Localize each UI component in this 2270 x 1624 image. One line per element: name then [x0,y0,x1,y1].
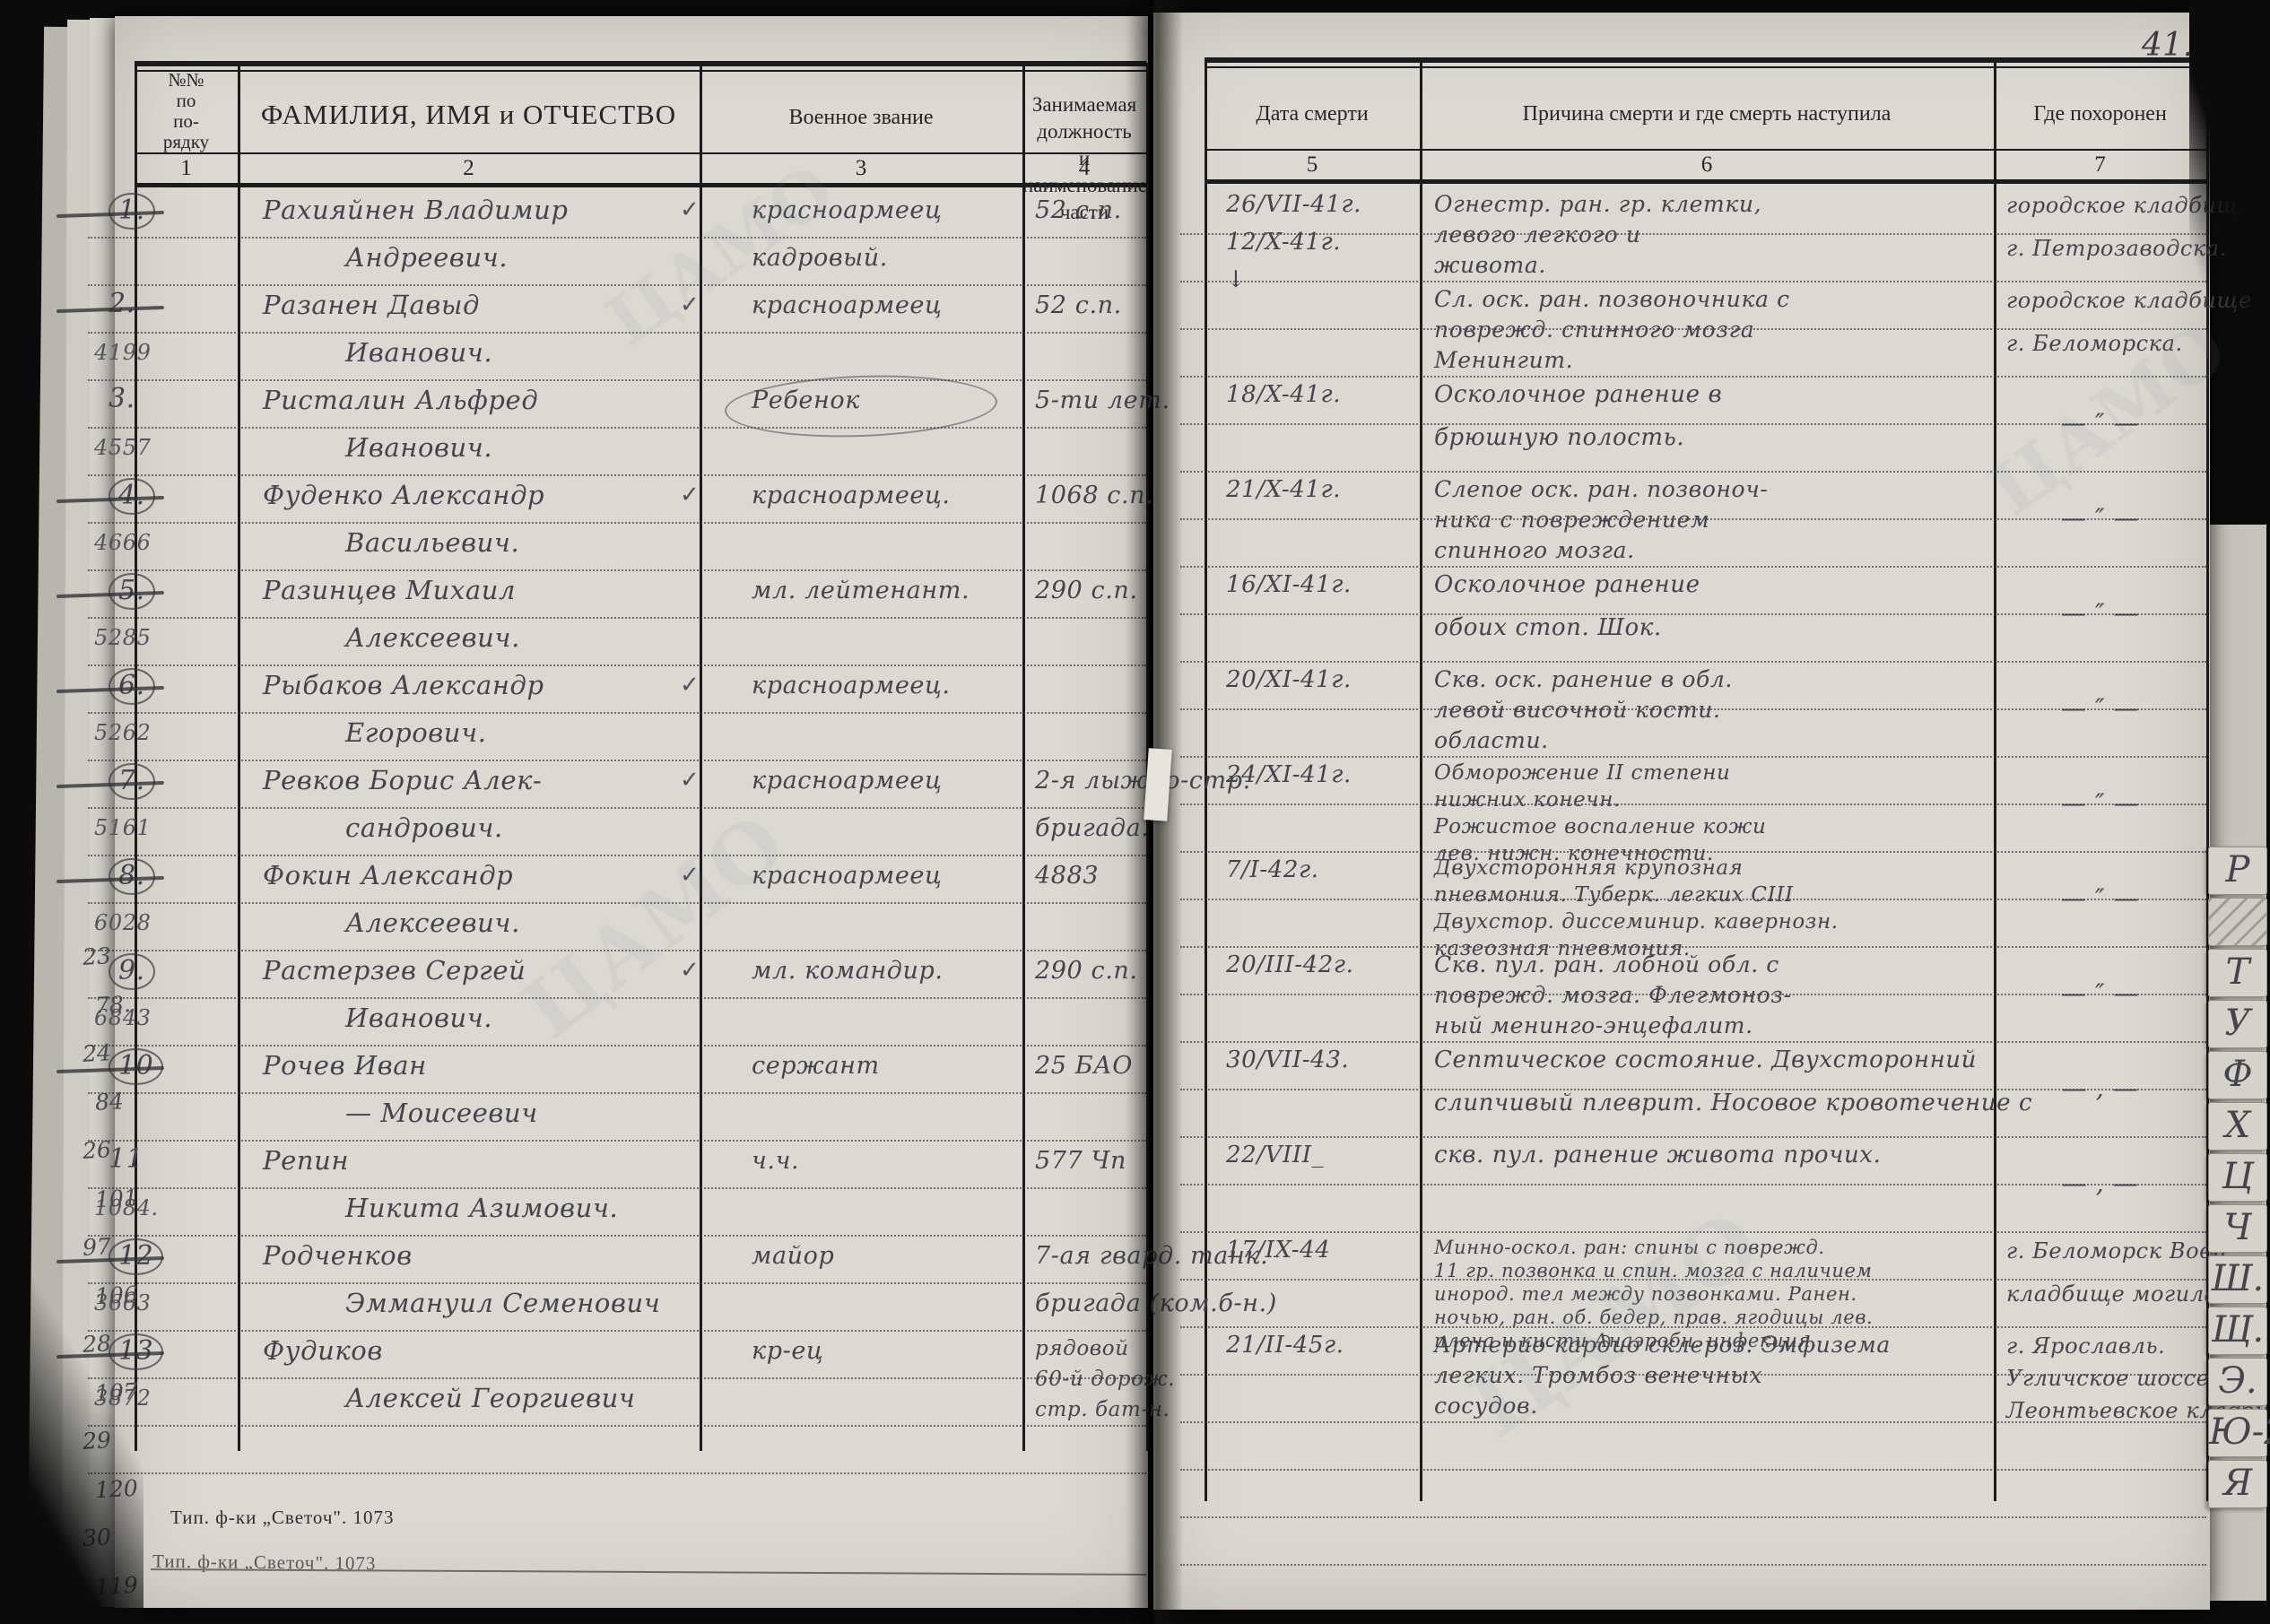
register-row: 133872ФудиковАлексей Георгиевичкр-ецрядо… [115,1332,1146,1427]
row-rule [88,1092,1146,1094]
column-header: ФАМИЛИЯ, ИМЯ и ОТЧЕСТВО [238,99,700,131]
death-date: 20/III-42г. [1226,951,1354,978]
burial-ditto-mark: — ″ — [1994,883,2206,913]
cause-line: скв. пул. ранение живота прочих. [1434,1142,1881,1168]
row-rule [88,1472,1146,1474]
alpha-tab: Ш. [2208,1255,2267,1304]
alpha-tab [2208,898,2267,946]
register-row: 10Рочев Иван— Моисеевичсержант25 БАО [115,1046,1146,1142]
register-row: 4.4666Фуденко АлександрВасильевич.✓красн… [115,476,1146,571]
death-date: 16/XI-41г. [1226,571,1352,598]
margin-number: 101 [94,1185,138,1212]
death-date: 20/XI-41г. [1226,666,1352,693]
death-date: 17/IX-44 [1226,1237,1330,1264]
margin-number: 107 [94,1378,138,1406]
column-number: 6 [1420,152,1994,178]
empty-row [1153,1423,2206,1518]
register-row-right: 16/XI-41г.Осколочное ранениеобоих стоп. … [1153,568,2206,663]
burial-line: Угличское шоссе [2006,1366,2209,1391]
register-row-right: 22/VIII_скв. пул. ранение живота прочих.… [1153,1138,2206,1233]
column-number: 7 [1994,152,2206,178]
alpha-tab: Ц [2208,1153,2267,1202]
name-line: Алексей Георгиевич [345,1383,636,1413]
header-mid-rule [1205,149,2206,151]
register-row: 6.5262Рыбаков АлександрЕгорович.✓красноа… [115,666,1146,761]
cause-line: Двухсторонняя крупозная [1434,856,1743,880]
alpha-tab: Ю-2 [2208,1409,2267,1457]
name-line: Иванович. [345,1003,492,1033]
unit-line: рядовой [1035,1337,1129,1360]
register-row-right: 7/I-42г.Двухсторонняя крупознаяпневмония… [1153,853,2206,948]
row-rule [88,522,1146,524]
register-row: 8.6028Фокин АлександрАлексеевич.✓красноа… [115,856,1146,951]
death-date: 24/XI-41г. [1226,761,1352,788]
name-line: Васильевич. [345,527,519,558]
register-page-left: №№ по по- рядку1ФАМИЛИЯ, ИМЯ и ОТЧЕСТВО2… [115,16,1148,1608]
row-rule [88,1377,1146,1379]
alpha-tab: Я [2208,1460,2267,1508]
entry-reg-number: 4199 [94,340,151,365]
column-header: Причина смерти и где смерть наступила [1420,102,1994,126]
register-row: 2.4199Разанен ДавыдИванович.✓красноармее… [115,286,1146,381]
burial-ditto-mark: — , — [1994,1168,2206,1198]
cause-line: Менингит. [1434,347,1573,373]
alpha-tab-letter: Ю-2 [2209,1411,2266,1453]
alpha-tab-letter: Т [2209,951,2266,993]
alpha-tab-letter: Ч [2209,1207,2266,1248]
column-header: Где похоронен [1994,102,2206,126]
cause-line: левой височной кости. [1434,697,1721,723]
margin-number: 78. [94,991,131,1019]
name-line: Никита Азимович. [345,1193,618,1223]
cause-line: обоих стоп. Шок. [1434,614,1662,641]
alpha-tab-letter: Ш. [2209,1258,2266,1299]
header-bottom-rule [1205,179,2206,184]
name-line: Рыбаков Александр [263,670,544,700]
cause-line: Осколочное ранение в [1434,381,1722,408]
alpha-tab-letter: У [2209,1003,2266,1044]
alpha-tab: Э. [2208,1358,2267,1406]
entry-reg-number: 6028 [94,910,151,935]
cause-line: поврежд. спинного мозга [1434,317,1754,343]
unit-line: 4883 [1035,862,1099,890]
register-row-right: 30/VII-43.Септическое состояние. Двухсто… [1153,1043,2206,1138]
rank-ellipse-annotation [724,371,998,442]
alpha-tab-letter: Р [2209,849,2266,890]
row-rule [88,807,1146,809]
name-line: Репин [263,1145,349,1176]
cause-line: спинного мозга. [1434,537,1635,563]
alpha-tab-letter: Ц [2209,1156,2266,1197]
unit-line: 52 с.п. [1035,291,1122,319]
row-rule [88,237,1146,239]
register-row: 5.5285Разинцев МихаилАлексеевич.мл. лейт… [115,571,1146,666]
entry-number: 11 [109,1143,144,1175]
burial-ditto-mark: — ″ — [1994,788,2206,818]
row-rule [88,712,1146,714]
cause-line: брюшную полость. [1434,424,1684,451]
register-row: 123663РодченковЭммануил Семеновичмайор7-… [115,1237,1146,1332]
name-line: Разинцев Михаил [263,575,516,605]
register-page-right: Дата смерти5Причина смерти и где смерть … [1153,13,2210,1610]
register-row: 9.6843Растерзев СергейИванович.✓мл. кома… [115,951,1146,1046]
row-rule [88,997,1146,999]
burial-ditto-mark: — , — [1994,1073,2206,1103]
name-line: сандрович. [345,812,503,843]
cause-line: 11 гр. позвонка и спин. мозга с наличием [1434,1260,1872,1281]
column-number: 2 [238,156,700,181]
margin-number: 84 [94,1088,124,1116]
name-line: Рахияйнен Владимир [263,195,569,225]
alpha-tab: Т [2208,949,2267,997]
alpha-tab: Х [2208,1102,2267,1151]
name-line: Разанен Давыд [263,290,480,320]
name-line: Фуденко Александр [263,480,544,510]
check-icon: ✓ [680,196,700,223]
burial-line: городское кладбище [2006,288,2252,313]
entry-reg-number: 5285 [94,625,151,650]
register-row-right: 20/XI-41г.Скв. оск. ранение в обл.левой … [1153,663,2206,758]
cause-line: области. [1434,727,1549,753]
alpha-tab-letter: Х [2209,1105,2266,1146]
cause-line: ночью, ран. об. бедер, прав. ягодицы лев… [1434,1307,1873,1328]
register-row-right: 26/VII-41г.12/X-41г.↓Огнестр. ран. гр. к… [1153,187,2206,282]
row-rule [1180,1469,2206,1471]
page-number: 41. [2142,27,2193,64]
table-top-rule [1205,57,2206,63]
cause-line: пневмония. Туберк. легких СIII [1434,883,1794,907]
footer-imprint: Тип. ф-ки „Светоч". 1073 [170,1507,395,1529]
header-mid-rule [135,152,1146,154]
register-row-right: Сл. оск. ран. позвоночника споврежд. спи… [1153,282,2206,378]
death-date: 7/I-42г. [1226,856,1319,883]
margin-number: 97 [82,1233,111,1261]
cause-line: Скв. оск. ранение в обл. [1434,666,1733,692]
register-row: 111084.РепинНикита Азимович.ч.ч.577 Чп [115,1142,1146,1237]
unit-line: 290 с.п. [1035,957,1138,985]
cause-line: инород. тел между позвонками. Ранен. [1434,1283,1857,1305]
register-row: 7.5161Ревков Борис Алек-сандрович.✓красн… [115,761,1146,856]
alpha-tab: Ф [2208,1051,2267,1099]
cause-line: ный менинго-энцефалит. [1434,1012,1753,1038]
rank-line: красноармеец [752,862,942,890]
rank-line: ч.ч. [752,1147,799,1175]
alpha-tab-letter: Я [2209,1463,2266,1504]
column-header: Дата смерти [1205,102,1420,126]
entry-number: 9. [109,953,155,990]
name-line: Ревков Борис Алек- [263,765,542,795]
cause-line: Артерио-кардио склероз. Эмфизема [1434,1332,1891,1358]
table-top-rule-2 [1205,66,2206,68]
row-rule [88,1282,1146,1284]
register-row-right: 18/X-41г.Осколочное ранение вбрюшную пол… [1153,378,2206,473]
cause-line: слипчивый плеврит. Носовое кровотечение … [1434,1090,2032,1116]
death-date: 21/X-41г. [1226,476,1341,503]
rank-line: мл. лейтенант. [752,577,970,604]
death-date: 26/VII-41г. [1226,191,1361,218]
alpha-tab: Ч [2208,1204,2267,1253]
row-rule [1180,1564,2206,1566]
check-icon: ✓ [680,482,700,508]
margin-number: 29 [82,1427,111,1455]
table-top-rule-2 [135,70,1146,72]
cause-line: легких. Тромбоз венечных [1434,1362,1762,1388]
column-header: Военное звание [700,106,1022,130]
unit-line: 577 Чп [1035,1147,1126,1175]
rank-line: красноармеец. [752,672,951,699]
column-header: №№ по по- рядку [135,70,238,152]
burial-line: г. Беломорск Воен. [2006,1238,2235,1264]
cause-line: Сл. оск. ран. позвоночника с [1434,286,1790,312]
cause-line: Септическое состояние. Двухсторонний [1434,1046,1977,1073]
burial-ditto-mark: — ″ — [1994,408,2206,438]
burial-line: городское кладбище [2006,193,2252,218]
name-line: Родченков [263,1240,413,1271]
rank-line: красноармеец [752,291,942,319]
cause-line: Осколочное ранение [1434,571,1700,598]
entry-reg-number: 4666 [94,530,151,555]
rank-line: красноармеец [752,196,942,224]
unit-line: 25 БАО [1035,1052,1133,1080]
cause-line: нижних конечн. [1434,788,1621,812]
margin-number: 119 [94,1572,138,1600]
register-row-right: 21/II-45г.Артерио-кардио склероз. Эмфизе… [1153,1328,2206,1423]
cause-line: живота. [1434,252,1546,278]
register-row-right: 17/IX-44Минно-оскол. ран: спины с повреж… [1153,1233,2206,1328]
cause-line: Минно-оскол. ран: спины с поврежд. [1434,1237,1825,1258]
death-date: 21/II-45г. [1226,1332,1344,1359]
cause-line: поврежд. мозга. Флегмоноз- [1434,982,1792,1008]
burial-line: г. Петрозаводска. [2006,236,2227,261]
header-bottom-rule [135,183,1146,187]
cause-line: сосудов. [1434,1393,1538,1419]
alpha-tab: Щ. [2208,1307,2267,1355]
burial-ditto-mark: — ″ — [1994,978,2206,1008]
burial-ditto-mark: — ″ — [1994,598,2206,628]
check-icon: ✓ [680,862,700,889]
row-rule [88,1425,1146,1427]
row-rule [88,427,1146,429]
name-line: Иванович. [345,337,492,368]
entry-number: 2. [109,288,135,319]
alpha-tab-letter: Щ. [2209,1309,2266,1350]
row-rule [88,617,1146,619]
entry-reg-number: 4557 [94,435,151,460]
name-line: Фокин Александр [263,860,513,890]
cause-line: левого легкого и [1434,221,1641,248]
cause-line: Огнестр. ран. гр. клетки, [1434,191,1761,217]
check-icon: ✓ [680,767,700,794]
check-icon: ✓ [680,291,700,318]
alpha-tab: Р [2208,847,2267,895]
rank-line: сержант [752,1052,880,1080]
rank-line: кадровый. [752,244,888,272]
name-line: Рочев Иван [263,1050,427,1081]
register-row: 3.4557Ристалин АльфредИванович.Ребенок5-… [115,381,1146,476]
margin-number: 106 [94,1281,138,1309]
name-line: Фудиков [263,1335,383,1366]
cause-line: Двухстор. диссеминир. кавернозн. [1434,910,1839,934]
margin-number: 120 [94,1475,138,1503]
margin-number: 24 [82,1039,111,1067]
entry-reg-number: 5262 [94,720,151,745]
death-date: 18/X-41г. [1226,381,1341,408]
death-date: 22/VIII_ [1226,1142,1324,1168]
name-line: Эммануил Семенович [345,1288,660,1318]
register-row-right: 24/XI-41г.Обморожение II степенинижних к… [1153,758,2206,853]
column-number: 1 [135,156,238,181]
margin-number: 28 [82,1330,111,1358]
column-number: 5 [1205,152,1420,178]
name-line: Андреевич. [345,242,508,273]
register-row-right: 20/III-42г.Скв. пул. ран. лобной обл. сп… [1153,948,2206,1043]
death-date: 30/VII-43. [1226,1046,1349,1073]
check-icon: ✓ [680,957,700,984]
rank-line: красноармеец. [752,482,951,509]
burial-line: г. Беломорска. [2006,331,2183,356]
cause-line: Скв. пул. ран. лобной обл. с [1434,951,1779,977]
check-icon: ✓ [680,672,700,699]
margin-number: 26 [82,1136,111,1164]
cause-line: Рожистое воспаление кожи [1434,815,1766,838]
unit-line: 52 с.п. [1035,196,1122,224]
alpha-tab: У [2208,1000,2267,1048]
name-line: Егорович. [345,717,487,748]
name-line: Алексеевич. [345,622,520,653]
table-top-rule [135,61,1146,66]
name-line: Алексеевич. [345,908,520,938]
burial-line: г. Ярославль. [2006,1333,2165,1359]
register-row: 1.Рахияйнен ВладимирАндреевич.✓красноарм… [115,191,1146,286]
burial-ditto-mark: — ″ — [1994,503,2206,533]
margin-number: 30 [82,1524,111,1551]
register-row-right: 21/X-41г.Слепое оск. ран. позвоноч-ника … [1153,473,2206,568]
rank-line: майор [752,1242,834,1270]
scanned-register-spread: №№ по по- рядку1ФАМИЛИЯ, ИМЯ и ОТЧЕСТВО2… [0,0,2270,1624]
empty-row [1153,1518,2206,1613]
cause-line: Слепое оск. ран. позвоноч- [1434,476,1768,502]
entry-number: 3. [109,383,135,414]
name-line: Растерзев Сергей [263,955,526,986]
column-number: 3 [700,156,1022,181]
rank-line: красноармеец [752,767,942,795]
cause-line: ника с повреждением [1434,507,1709,533]
burial-ditto-mark: — ″ — [1994,693,2206,723]
entry-reg-number: 5161 [94,815,151,840]
name-line: Иванович. [345,432,492,463]
margin-number: 23 [82,942,111,970]
rank-line: мл. командир. [752,957,944,985]
unit-line: 290 с.п. [1035,577,1138,604]
paper-scrap-gutter [1144,748,1172,821]
name-line: — Моисеевич [345,1098,538,1128]
rank-line: кр-ец [752,1337,823,1365]
row-rule [88,902,1146,904]
death-date: 12/X-41г. [1226,229,1341,256]
cause-line: Обморожение II степени [1434,761,1730,785]
alpha-tab-letter: Ф [2209,1054,2266,1095]
name-line: Ристалин Альфред [263,385,538,415]
alpha-tab-letter: Э. [2209,1360,2266,1402]
row-rule [88,332,1146,334]
row-rule [88,1187,1146,1189]
